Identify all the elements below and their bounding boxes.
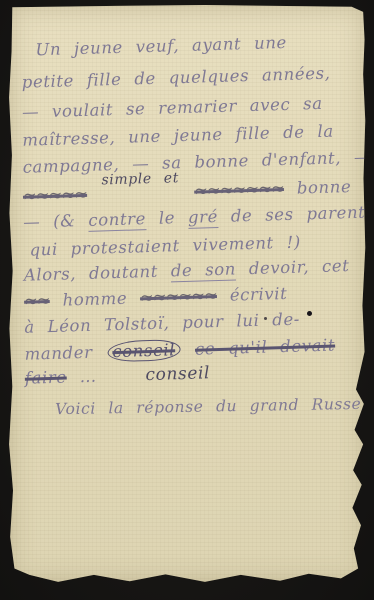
manuscript-line: à Léon Tolstoï, pour lui de- [24, 310, 300, 337]
word-segment: Voici la réponse du grand Russe, [55, 395, 367, 418]
word-segment: conseil [145, 363, 210, 385]
manuscript-line: ≈≈≈≈≈ simple et ≈≈≈≈≈≈≈ bonne ; et simpl… [23, 173, 374, 205]
ink-blot [264, 317, 267, 320]
manuscript-line: maîtresse, une jeune fille de la [22, 122, 334, 150]
word-segment: conseil [107, 339, 180, 362]
word-segment: à Léon Tolstoï, pour lui de- [24, 310, 300, 337]
word-segment: simple et [101, 170, 179, 188]
manuscript-line: — voulait se remarier avec sa [22, 94, 323, 122]
word-segment: Alors, doutant [23, 262, 158, 285]
manuscript-line: ≈≈ homme ≈≈≈≈≈≈ écrivit [24, 284, 288, 311]
word-segment: — (& [23, 211, 76, 232]
scratched-out-word: ≈≈≈≈≈ [23, 185, 88, 206]
word-segment: — voulait se remarier avec sa [22, 94, 323, 122]
manuscript-line: mander conseil ce qu'il devait [24, 335, 335, 365]
manuscript-line: petite fille de quelques années, [21, 64, 330, 92]
word-segment: bonne ; [297, 176, 371, 197]
word-segment: de ses parents, [231, 202, 374, 225]
manuscript-line: qui protestaient vivement !) [23, 233, 301, 260]
word-segment: … [79, 367, 97, 386]
scratched-out-word: ≈≈≈≈≈≈≈ [194, 179, 284, 201]
ink-blot [307, 311, 312, 316]
manuscript-line: campagne, — sa bonne d'enfant, — [22, 147, 371, 176]
manuscript-line: faire … conseil [25, 363, 211, 388]
word-segment: faire [25, 368, 67, 388]
word-segment: ce qu'il devait [195, 336, 336, 359]
word-segment: de son [171, 259, 237, 282]
word-segment: écrivit [230, 284, 288, 305]
word-segment: maîtresse, une jeune fille de la [22, 122, 334, 150]
manuscript-line: Voici la réponse du grand Russe, [25, 395, 367, 419]
word-segment: le [159, 208, 176, 227]
word-segment: qui protestaient vivement !) [29, 233, 301, 260]
manuscript-line: Alors, doutant de son devoir, cet [23, 256, 349, 287]
word-segment: mander [24, 343, 92, 364]
word-segment: Un jeune veuf, ayant une [35, 33, 287, 59]
word-segment: campagne, — sa bonne d'enfant, — [22, 147, 371, 176]
word-segment: devoir, cet [249, 256, 350, 278]
word-segment: homme [62, 289, 127, 310]
scratched-out-word: ≈≈ [24, 291, 50, 311]
scratched-out-word: ≈≈≈≈≈≈ [140, 286, 217, 307]
word-segment: gré [188, 207, 219, 229]
manuscript-paper: Un jeune veuf, ayant une petite fille de… [8, 5, 366, 583]
word-segment: contre [88, 209, 146, 232]
manuscript-line: — (& contre le gré de ses parents, [23, 202, 374, 234]
word-segment: petite fille de quelques années, [21, 64, 330, 92]
manuscript-text: Un jeune veuf, ayant une petite fille de… [21, 3, 363, 584]
photo-background: Un jeune veuf, ayant une petite fille de… [0, 0, 374, 600]
manuscript-line: Un jeune veuf, ayant une [21, 33, 287, 60]
